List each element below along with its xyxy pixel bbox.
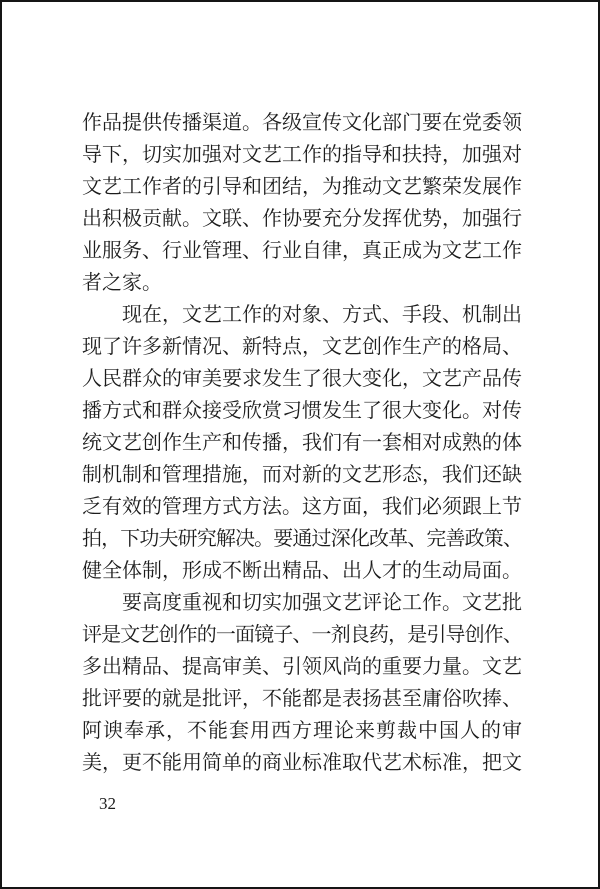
text-line: 乏有效的管理方式方法。这方面，我们必须跟上节	[82, 490, 522, 522]
text-line: 阿谀奉承，不能套用西方理论来剪裁中国人的审	[82, 714, 522, 746]
text-line: 多出精品、提高审美、引领风尚的重要力量。文艺	[82, 650, 522, 682]
paragraph-1: 作品提供传播渠道。各级宣传文化部门要在党委领 导下，切实加强对文艺工作的指导和扶…	[82, 106, 524, 298]
text-line: 拍，下功夫研究解决。要通过深化改革、完善政策、	[82, 522, 522, 554]
text-line: 作品提供传播渠道。各级宣传文化部门要在党委领	[82, 106, 522, 138]
text-line: 现了许多新情况、新特点，文艺创作生产的格局、	[82, 330, 522, 362]
text-line: 健全体制，形成不断出精品、出人才的生动局面。	[82, 554, 522, 586]
text-line: 文艺工作者的引导和团结，为推动文艺繁荣发展作	[82, 170, 522, 202]
paragraph-2: 现在，文艺工作的对象、方式、手段、机制出 现了许多新情况、新特点，文艺创作生产的…	[82, 298, 524, 586]
text-line-indented: 要高度重视和切实加强文艺评论工作。文艺批	[82, 586, 522, 618]
text-line: 出积极贡献。文联、作协要充分发挥优势，加强行	[82, 202, 522, 234]
page-number: 32	[99, 795, 116, 812]
text-line: 美，更不能用简单的商业标准取代艺术标准，把文	[82, 746, 522, 778]
text-line: 制机制和管理措施，而对新的文艺形态，我们还缺	[82, 458, 522, 490]
text-line: 评是文艺创作的一面镜子、一剂良药，是引导创作、	[82, 618, 522, 650]
text-line: 批评要的就是批评，不能都是表扬甚至庸俗吹捧、	[82, 682, 522, 714]
text-line-indented: 现在，文艺工作的对象、方式、手段、机制出	[82, 298, 522, 330]
paragraph-3: 要高度重视和切实加强文艺评论工作。文艺批 评是文艺创作的一面镜子、一剂良药，是引…	[82, 586, 524, 778]
text-line: 播方式和群众接受欣赏习惯发生了很大变化。对传	[82, 394, 522, 426]
text-line: 导下，切实加强对文艺工作的指导和扶持，加强对	[82, 138, 522, 170]
text-line: 业服务、行业管理、行业自律，真正成为文艺工作	[82, 234, 522, 266]
text-line: 者之家。	[82, 266, 522, 298]
book-page: 作品提供传播渠道。各级宣传文化部门要在党委领 导下，切实加强对文艺工作的指导和扶…	[0, 0, 600, 889]
text-line: 统文艺创作生产和传播，我们有一套相对成熟的体	[82, 426, 522, 458]
body-text: 作品提供传播渠道。各级宣传文化部门要在党委领 导下，切实加强对文艺工作的指导和扶…	[82, 106, 524, 778]
text-line: 人民群众的审美要求发生了很大变化，文艺产品传	[82, 362, 522, 394]
